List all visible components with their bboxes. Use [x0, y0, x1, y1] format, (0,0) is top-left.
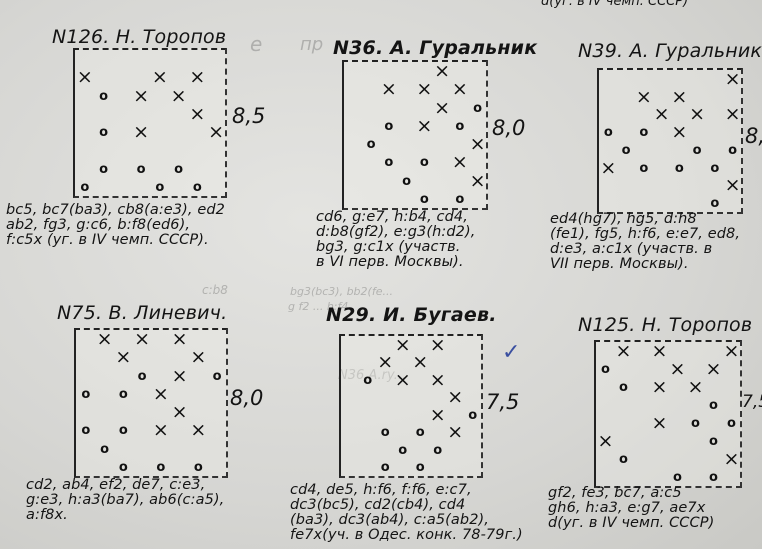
- circle-piece-icon: o: [686, 414, 705, 433]
- circle-piece-icon: o: [617, 141, 636, 160]
- circle-piece-icon: o: [132, 160, 151, 179]
- scanned-page: d(уг. в IV чемп. СССР) е пр с:b8 bg3(bc3…: [0, 0, 762, 549]
- problem-score: 8,0: [492, 116, 525, 140]
- cross-piece-icon: ×: [428, 406, 447, 425]
- circle-piece-icon: o: [114, 385, 133, 404]
- cross-piece-icon: ×: [415, 80, 434, 99]
- problem-title: N75. В. Линевич.: [57, 302, 227, 324]
- faint-mark: с:b8: [202, 283, 228, 297]
- checkers-board: ×××××××××oooooooo: [339, 334, 483, 478]
- circle-piece-icon: o: [376, 423, 395, 442]
- circle-piece-icon: o: [133, 367, 152, 386]
- faint-mark: пр: [300, 34, 323, 55]
- cross-piece-icon: ×: [722, 450, 741, 469]
- cross-piece-icon: ×: [650, 342, 669, 361]
- circle-piece-icon: o: [208, 367, 227, 386]
- cross-piece-icon: ×: [75, 68, 94, 87]
- circle-piece-icon: o: [704, 396, 723, 415]
- problem-score: 8,0: [230, 386, 263, 410]
- cross-piece-icon: ×: [468, 172, 487, 191]
- cross-piece-icon: ×: [614, 342, 633, 361]
- cross-piece-icon: ×: [170, 367, 189, 386]
- circle-piece-icon: o: [94, 123, 113, 142]
- circle-piece-icon: o: [670, 159, 689, 178]
- problem-score: 7,5: [742, 392, 762, 412]
- checkers-board: ××××××××××oooooooooo: [74, 328, 228, 478]
- top-cut-note: d(уг. в IV чемп. СССР): [541, 0, 688, 9]
- circle-piece-icon: o: [362, 135, 381, 154]
- pen-checkmark: ✓: [502, 340, 520, 365]
- circle-piece-icon: o: [704, 468, 723, 487]
- problem-score: 8,0: [745, 124, 762, 148]
- cross-piece-icon: ×: [670, 123, 689, 142]
- circle-piece-icon: o: [169, 160, 188, 179]
- circle-piece-icon: o: [704, 432, 723, 451]
- cross-piece-icon: ×: [634, 88, 653, 107]
- cross-piece-icon: ×: [133, 330, 152, 349]
- cross-piece-icon: ×: [151, 385, 170, 404]
- circle-piece-icon: o: [94, 160, 113, 179]
- cross-piece-icon: ×: [446, 423, 465, 442]
- circle-piece-icon: o: [188, 178, 207, 197]
- cross-piece-icon: ×: [650, 378, 669, 397]
- solution-notation: ed4(hg7), hg5, d:h8 (fe1), fg5, h:f6, e:…: [550, 212, 740, 272]
- circle-piece-icon: o: [411, 458, 430, 477]
- cross-piece-icon: ×: [393, 336, 412, 355]
- cross-piece-icon: ×: [393, 371, 412, 390]
- solution-notation: cd6, g:e7, h:b4, cd4, d:b8(gf2), e:g3(h:…: [316, 210, 475, 270]
- checkers-board: ××××××××oooooooo: [73, 48, 227, 198]
- cross-piece-icon: ×: [668, 360, 687, 379]
- cross-piece-icon: ×: [722, 342, 741, 361]
- problem-score: 8,5: [232, 104, 265, 128]
- circle-piece-icon: o: [411, 423, 430, 442]
- cross-piece-icon: ×: [411, 353, 430, 372]
- cross-piece-icon: ×: [188, 68, 207, 87]
- circle-piece-icon: o: [75, 178, 94, 197]
- cross-piece-icon: ×: [723, 105, 742, 124]
- cross-piece-icon: ×: [596, 432, 615, 451]
- cross-piece-icon: ×: [688, 105, 707, 124]
- problem-title: N39. А. Гуральник: [578, 40, 762, 62]
- cross-piece-icon: ×: [599, 159, 618, 178]
- cross-piece-icon: ×: [379, 80, 398, 99]
- checkers-board: ××××××××××ooooooooo: [594, 340, 742, 488]
- cross-piece-icon: ×: [723, 176, 742, 195]
- cross-piece-icon: ×: [433, 99, 452, 118]
- solution-notation: gf2, fe3, bc7, a:c5 gh6, h:a3, e:g7, ae7…: [548, 486, 714, 531]
- circle-piece-icon: o: [150, 178, 169, 197]
- circle-piece-icon: o: [151, 458, 170, 477]
- cross-piece-icon: ×: [95, 330, 114, 349]
- circle-piece-icon: o: [376, 458, 395, 477]
- checkers-board: ×××××××××ooooooooo: [342, 60, 488, 210]
- cross-piece-icon: ×: [169, 87, 188, 106]
- circle-piece-icon: o: [114, 421, 133, 440]
- cross-piece-icon: ×: [207, 123, 226, 142]
- cross-piece-icon: ×: [428, 371, 447, 390]
- circle-piece-icon: o: [415, 190, 434, 209]
- solution-notation: cd2, ab4, ef2, de7, c:e3, g:e3, h:a3(ba7…: [26, 478, 224, 523]
- problem-title: N36. А. Гуральник: [333, 37, 537, 59]
- circle-piece-icon: o: [94, 87, 113, 106]
- circle-piece-icon: o: [76, 421, 95, 440]
- problem-title: N126. Н. Торопов: [52, 26, 226, 48]
- circle-piece-icon: o: [614, 450, 633, 469]
- cross-piece-icon: ×: [415, 117, 434, 136]
- cross-piece-icon: ×: [376, 353, 395, 372]
- circle-piece-icon: o: [95, 440, 114, 459]
- circle-piece-icon: o: [468, 99, 487, 118]
- circle-piece-icon: o: [723, 141, 742, 160]
- circle-piece-icon: o: [722, 414, 741, 433]
- cross-piece-icon: ×: [670, 88, 689, 107]
- cross-piece-icon: ×: [428, 336, 447, 355]
- checkers-board: ×××××××××ooooooooo: [597, 68, 743, 214]
- circle-piece-icon: o: [415, 153, 434, 172]
- cross-piece-icon: ×: [188, 105, 207, 124]
- cross-piece-icon: ×: [132, 87, 151, 106]
- cross-piece-icon: ×: [450, 80, 469, 99]
- circle-piece-icon: o: [599, 123, 618, 142]
- cross-piece-icon: ×: [723, 70, 742, 89]
- cross-piece-icon: ×: [450, 153, 469, 172]
- circle-piece-icon: o: [450, 117, 469, 136]
- cross-piece-icon: ×: [189, 348, 208, 367]
- circle-piece-icon: o: [463, 406, 482, 425]
- cross-piece-icon: ×: [433, 62, 452, 81]
- cross-piece-icon: ×: [150, 68, 169, 87]
- circle-piece-icon: o: [358, 371, 377, 390]
- cross-piece-icon: ×: [686, 378, 705, 397]
- cross-piece-icon: ×: [170, 403, 189, 422]
- cross-piece-icon: ×: [170, 330, 189, 349]
- circle-piece-icon: o: [379, 117, 398, 136]
- circle-piece-icon: o: [705, 159, 724, 178]
- problem-title: N125. Н. Торопов: [578, 314, 752, 336]
- circle-piece-icon: o: [379, 153, 398, 172]
- problem-score: 7,5: [486, 390, 519, 414]
- cross-piece-icon: ×: [650, 414, 669, 433]
- cross-piece-icon: ×: [704, 360, 723, 379]
- circle-piece-icon: o: [393, 441, 412, 460]
- faint-mark: е: [250, 32, 262, 56]
- circle-piece-icon: o: [189, 458, 208, 477]
- cross-piece-icon: ×: [189, 421, 208, 440]
- circle-piece-icon: o: [634, 123, 653, 142]
- circle-piece-icon: o: [705, 194, 724, 213]
- circle-piece-icon: o: [688, 141, 707, 160]
- circle-piece-icon: o: [450, 190, 469, 209]
- cross-piece-icon: ×: [132, 123, 151, 142]
- cross-piece-icon: ×: [114, 348, 133, 367]
- cross-piece-icon: ×: [468, 135, 487, 154]
- circle-piece-icon: o: [428, 441, 447, 460]
- solution-notation: bc5, bc7(ba3), cb8(a:e3), ed2 ab2, fg3, …: [6, 203, 225, 248]
- circle-piece-icon: o: [634, 159, 653, 178]
- solution-notation: cd4, de5, h:f6, f:f6, e:c7, dc3(bc5), cd…: [290, 483, 523, 543]
- circle-piece-icon: o: [114, 458, 133, 477]
- problem-title: N29. И. Бугаев.: [326, 304, 497, 326]
- circle-piece-icon: o: [76, 385, 95, 404]
- cross-piece-icon: ×: [446, 388, 465, 407]
- circle-piece-icon: o: [397, 172, 416, 191]
- circle-piece-icon: o: [596, 360, 615, 379]
- cross-piece-icon: ×: [652, 105, 671, 124]
- cross-piece-icon: ×: [151, 421, 170, 440]
- circle-piece-icon: o: [614, 378, 633, 397]
- faint-mark: bg3(bc3), bb2(fe...: [290, 285, 393, 298]
